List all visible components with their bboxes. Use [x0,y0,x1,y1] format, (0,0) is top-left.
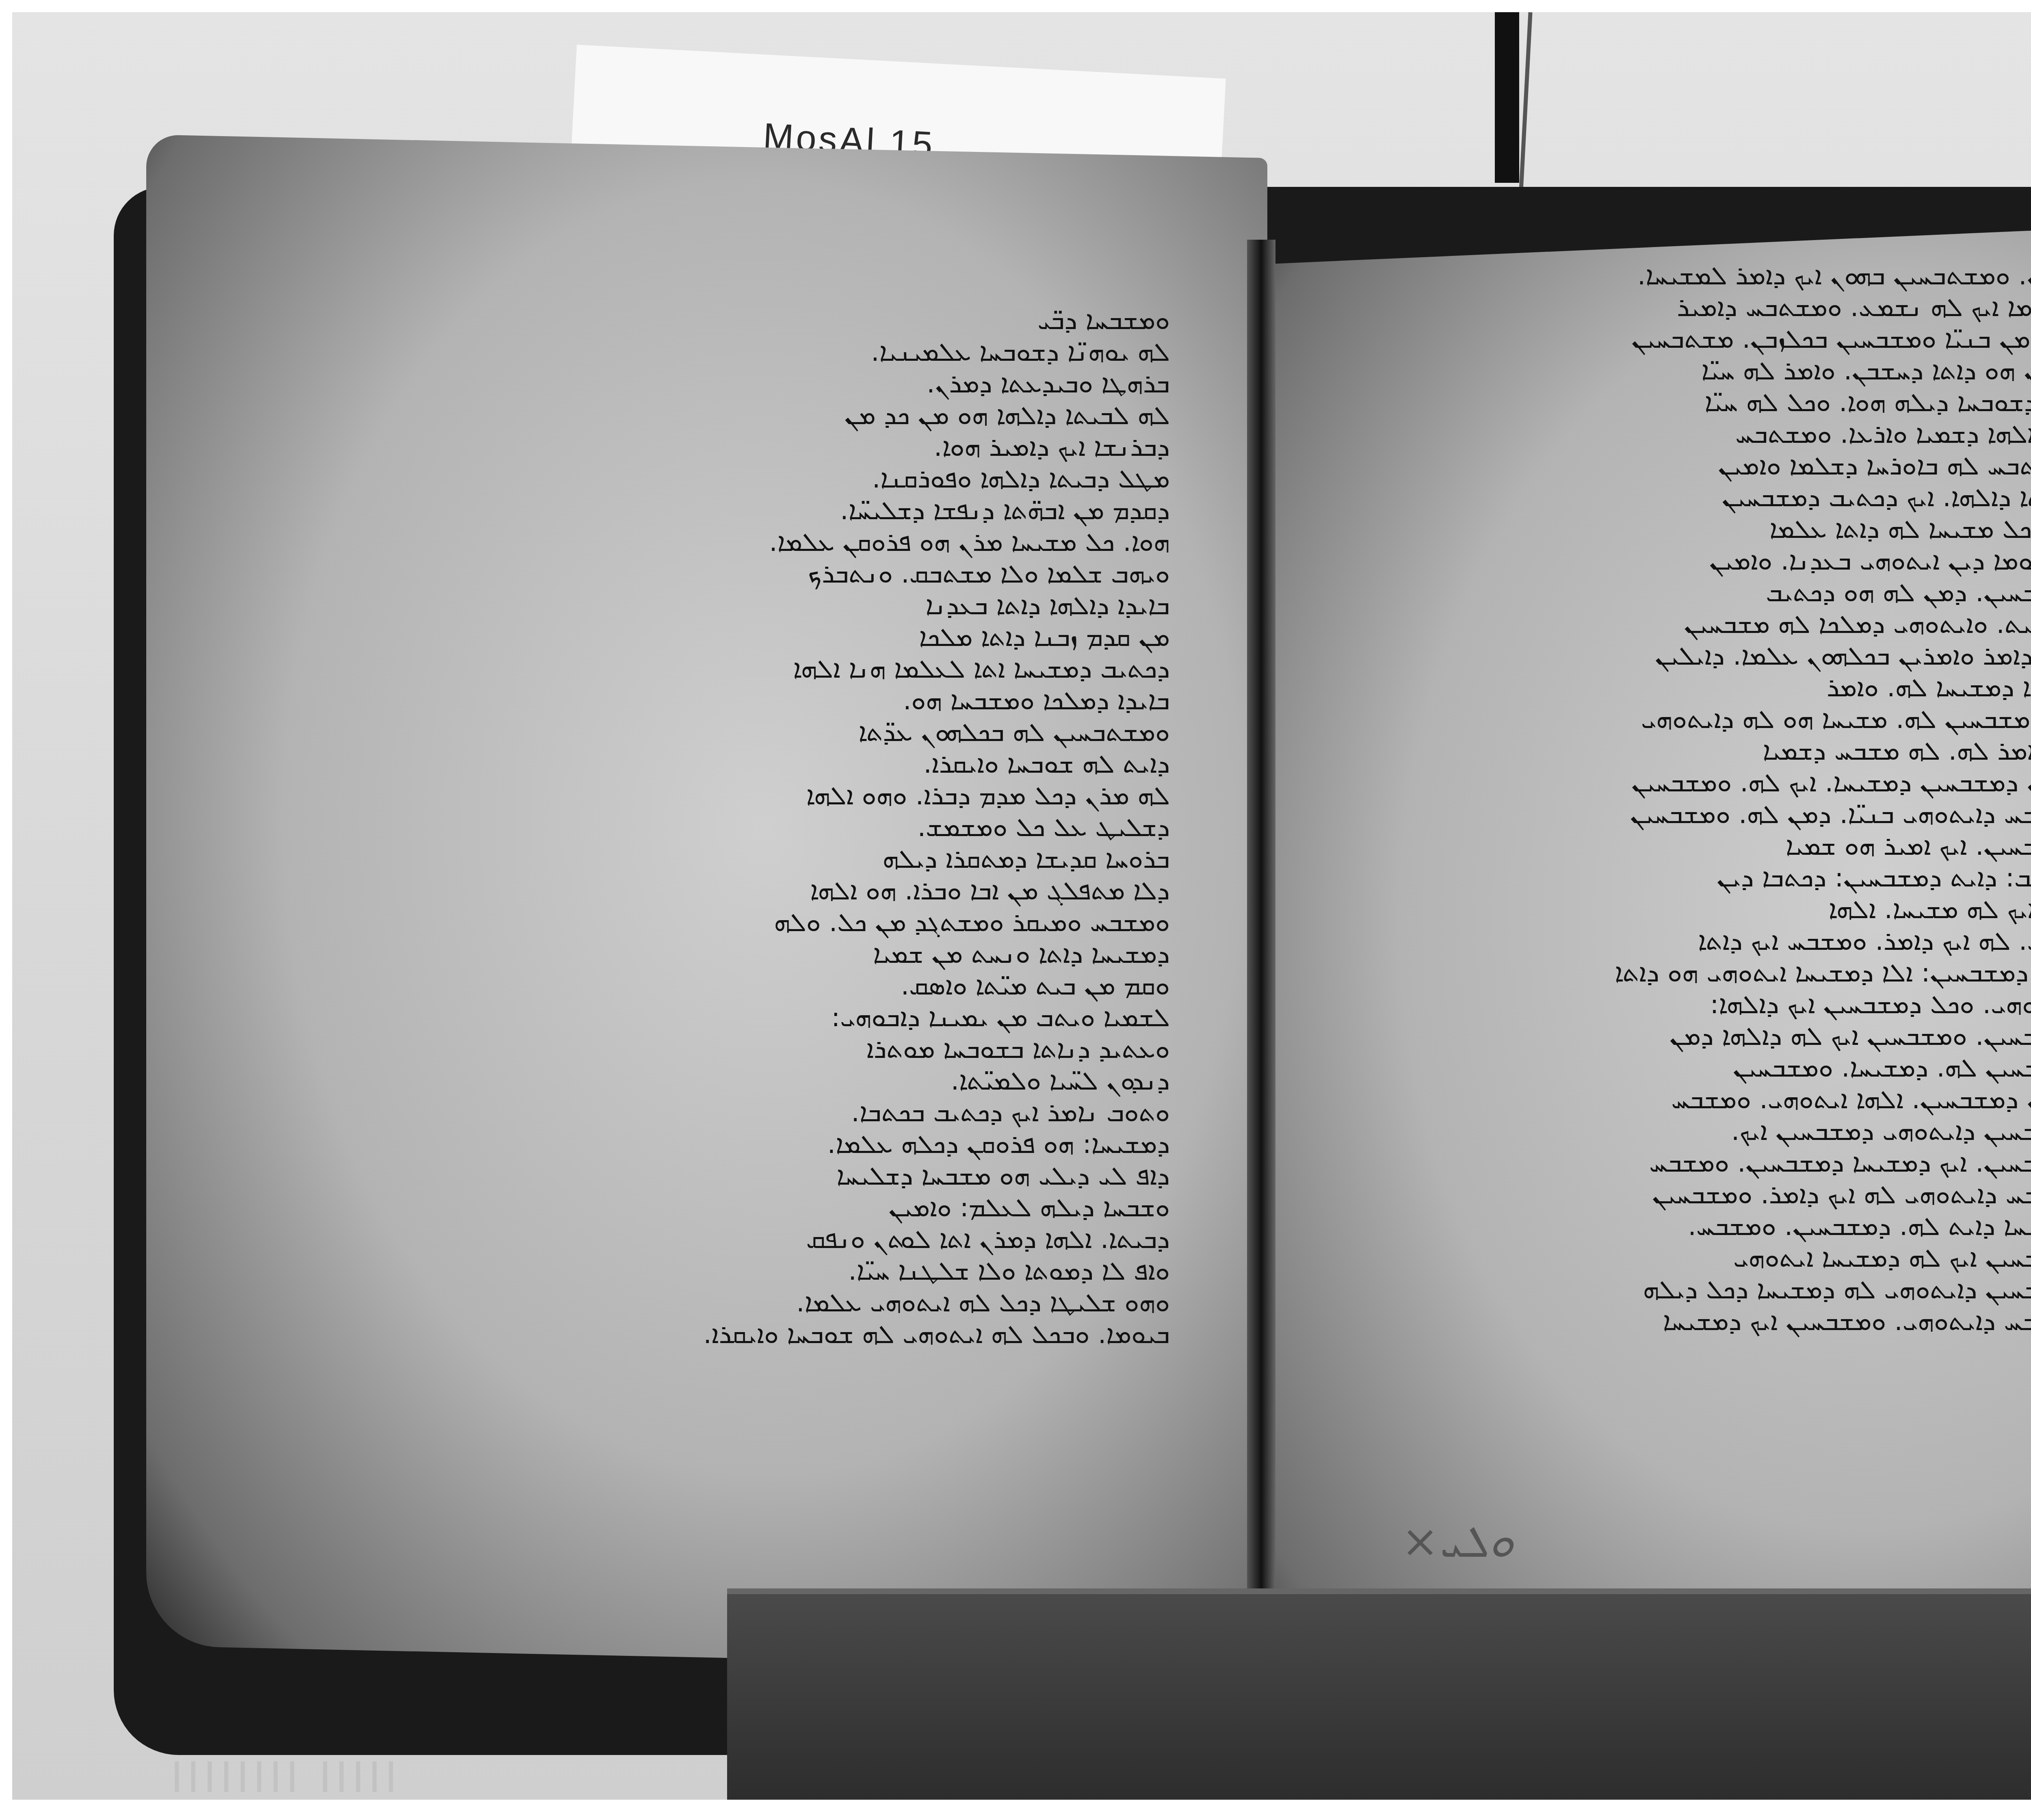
text-line: ܒܝܘܡܐ. ܘܒܟܠ ܠܗ ܐܝܬܘܗܝ ܠܗ ܫܘܒܚܐ ܘܐܝܩܪܐ. [439,1319,1170,1350]
text-line: ܘܬܘܒ ܢܐܡܪ ܐܝܟ ܕܟܬܝܒ ܒܟܬܒܐ. [439,1097,1170,1129]
text-line: ܕܐܝܬ ܕܡܫܒܚܝܢ: ܐܠܐ ܕܡܫܝܚܐ ܐܝܬܘܗܝ ܗܘ ܕܐܬܐ [1353,957,2031,989]
text-line: ܠܡܪܢ ܗܘ ܕܐܬܐ ܕܚܫܒܢ. ܘܐܡܪ ܠܗ ܚܝ̈ܐ [1353,355,2031,387]
text-line: ܒܐܝܕܐ ܕܡܠܟܐ ܘܡܫܒܚܐ ܗܘ. [439,685,1170,717]
text-line: ܕܡܫܝܚܐ: ܗܘ ܦܪܘܩܢ ܕܟܠܗ ܥܠܡܐ. [439,1129,1170,1160]
text-line: ܗܘ ܘܡܫܒܚܝܢ ܠܗ. ܡܫܝܚܐ ܗܘ ܠܗ ܕܐܝܬܘܗܝ [1353,704,2031,735]
text-line: ܕܐܝܬܘܗܝ. ܘܟܠ ܕܡܫܒܚܝܢ ܐܝܟ ܕܐܠܗܐ: [1353,989,2031,1020]
text-line: ܘܩܡ ܡܢ ܒܝܬ ܡܝ̈ܬܐ ܘܐܣܩ. [439,970,1170,1002]
text-line: ܘܗܘ ܫܠܝܛܐ ܕܟܠ ܠܗ ܐܝܬܘܗܝ ܥܠܡܐ. [439,1287,1170,1319]
text-line: ܕܫܠܝܛ ܥܠ ܟܠ ܘܡܫܡܫ. [439,812,1170,843]
text-line: ܠܗܘܢ ܕܡܫܒܚܝܢ. ܐܠܗܐ ܐܝܬܘܗܝ. ܘܡܫܒܚ [1353,1084,2031,1116]
text-line: ܘܡܫܒܚܝܢ. ܐܝܟ ܐܡܝܪ ܗܘ ܫܡܝܐ [1353,830,2031,862]
text-line: ܕܐܦ ܠܝ ܕܝܠܝ ܗܘ ܡܫܒܚܐ ܕܫܠܝܚܐ [439,1160,1170,1192]
text-line: ܕܡܫܒܚܝܢ ܠܗ. ܕܡܫܝܚܐ. ܘܡܫܒܚܝܢ [1353,1052,2031,1084]
text-line: ܘܡܫܒܚ ܕܐܝܬܘܗܝ ܒܢܝ̈ܐ. ܕܡܢ ܠܗ. ܘܡܫܒܚܝܢ [1353,799,2031,830]
text-line: ܕܡܫܒܚܝܢ ܐܝܟ ܠܗ ܕܡܫܝܚܐ ܐܝܬܘܗܝ [1353,1242,2031,1274]
text-line: ܒܪܝܫܝܬ. ܘܐܝܬܘܗܝ ܕܡܠܟܐ ܠܗ ܡܫܒܚܝܢ [1353,609,2031,640]
text-line: ܘܡܫܒܚܝܢ. ܘܡܫܒܚܝܢ ܐܝܟ ܠܗ ܕܐܠܗܐ ܕܡܢ [1353,1020,2031,1052]
text-line: ܗܘ ܕܟܠ ܡܫܝܚܐ ܠܗ ܕܐܬܐ ܥܠܡܐ [1353,513,2031,545]
text-line: ܒܐܝܕܐ ܕܐܠܗܐ ܕܐܬܐ ܒܥܕܢܐ [439,590,1170,622]
text-line: ܟܬܝܒ. ܠܗ ܐܝܟ ܕܐܡܪ. ܘܡܫܒܚ ܐܝܟ ܕܐܬܐ [1353,925,2031,957]
text-line: ܗܘܐ ܕܫܘܒܚܐ ܕܝܠܗ ܗܘܐ. ܘܟܠ ܠܗ ܚܝ̈ܐ [1353,387,2031,418]
text-line: ܠܗܘܢ ܕܡܫܒܚܝܢ ܕܡܫܝܚܐ. ܐܝܟ ܠܗ. ܘܡܫܒܚܝܢ [1353,767,2031,799]
text-line: ܕܟܬܝܒ ܕܡܫܝܚܐ ܐܬܐ ܠܥܠܡܐ ܗܢܐ ܐܠܗܐ [439,653,1170,685]
text-line: ܕܒܪܢܫܐ ܐܝܟ ܕܐܡܝܪ ܗܘܐ. [439,431,1170,463]
text-line: ܠܫܡܝܐ ܘܝܬܒ ܡܢ ܝܡܝܢܐ ܕܐܒܘܗܝ: [439,1002,1170,1033]
text-line: ܐܝܟ ܕܐܡܪ ܠܗ. ܠܗ ܡܫܒܚ ܕܫܡܝܐ [1353,735,2031,767]
stand-pole-left [1495,12,1519,183]
text-line: ܡܢ ܩܕܡ ܙܒܢܐ ܕܐܬܐ ܡܠܟܐ [439,622,1170,653]
text-line: ܘܡܫܬܒܚܝܢ ܠܗ ܒܟܠܗܘܢ ܥܕ̈ܬܐ [439,717,1170,748]
text-line: ܐܝܟ ܕܐܠܗܐ ܕܫܡܝܐ ܘܐܪܥܐ. ܘܡܫܬܒܚ [1353,418,2031,450]
text-line: ܘܥܬܝܕ ܕܢܐܬܐ ܒܫܘܒܚܐ ܡܘܬܪܐ [439,1033,1170,1065]
text-line: ܕܡܫܒܚܝܢ ܕܐܝܬܘܗܝ ܠܗ ܕܡܫܝܚܐ ܕܟܠ ܕܝܠܗ [1353,1274,2031,1306]
text-line: ܘܫܒܚܐ ܕܝܠܗ ܠܥܠܡ: ܘܐܡܝܢ [439,1192,1170,1224]
text-line: ܠܗ ܝܘܗܢ̈ܐ ܕܫܘܒܚܐ ܥܠܡܝܢܝܐ. [439,336,1170,368]
text-line: ܗܘܐ. ܟܠ ܡܫܝܚܐ ܡܪܢ ܗܘ ܦܪܘܩܢ ܥܠܡܐ. [439,526,1170,558]
pencil-folio-mark: ×ܘܠܝ [1401,1515,1514,1568]
text-line: ܕܡܫܒܚ ܕܐܝܬܘܗܝ ܠܗ ܐܝܟ ܕܐܡܪ. ܘܡܫܒܚܝܢ [1353,1179,2031,1211]
text-line: ܠܗ ܝܘܡܐ ܕܝܢ ܐܝܬܘܗܝ ܒܥܕܢܐ. ܘܐܡܝܢ [1353,545,2031,577]
right-page-text: ܠܗܘܢ. ܘܡܫܬܒܚܝܢ ܒܗܘܢ ܐܝܟ ܕܐܡܪ ܠܡܫܝܚܐ. ܕܒܝ… [1353,260,2031,1369]
text-line: ܠܗܘܢ. ܘܡܫܬܒܚܝܢ ܒܗܘܢ ܐܝܟ ܕܐܡܪ ܠܡܫܝܚܐ. [1353,260,2031,292]
text-line: ܠܗ. ܐܝܟ ܠܗ ܡܫܝܚܐ. ܐܠܗܐ [1353,894,2031,925]
text-line: ܘܐܝܟ ܕܐܡܪ ܘܐܡܪܝܢ ܒܟܠܗܘܢ ܥܠܡܐ. ܕܐܝܠܝܢ [1353,640,2031,672]
manuscript-photograph: MosAl 15 ܘܡܫܒܚܐ ܕܒ̈ܝ ܠܗ ܝܘܗܢ̈ܐ ܕܫܘܒܚܐ ܥܠ… [12,12,2031,1800]
text-line: ܕܢܕܘܢ ܠܚ̈ܝܐ ܘܠܡܝ̈ܬܐ. [439,1065,1170,1097]
text-line: ܠܗ ܡܪܢ ܕܟܠ ܡܕܡ ܕܒܪܐ. ܘܗܘ ܐܠܗܐ [439,780,1170,812]
text-line: ܘܡܫܒܚ ܕܐܝܬܘܗܝ. ܘܡܫܒܚܝܢ ܐܝܟ ܕܡܫܝܚܐ [1353,1306,2031,1337]
text-line: ܕܐܝܬ ܠܗ ܫܘܒܚܐ ܘܐܝܩܪܐ. [439,748,1170,780]
text-line: ܘܐܦ ܠܐ ܕܡܘܬܐ ܘܠܐ ܫܠܛܢܐ ܚܝ̈ܐ. [439,1255,1170,1287]
text-line [1353,1337,2031,1369]
text-line: ܘܝܗܒ ܫܠܡܐ ܘܠܐ ܡܫܬܒܩ. ܘܢܬܒܪܟ [439,558,1170,590]
text-line: ܘܡܫܬܒܚ ܠܗ ܒܐܘܪܚܐ ܕܫܠܡܐ ܘܐܡܝܢ [1353,450,2031,482]
text-line: ܘܡܫܒܚܐ ܕܒ̈ܝ [439,305,1170,336]
book-gutter [1247,240,1275,1678]
text-line: ܕܟܬܝܒ: ܕܐܝܬ ܕܡܫܒܚܝܢ: ܕܟܬܒܐ ܕܝܢ [1353,862,2031,894]
text-line: ܘܡܫܒܚܝܢ. ܐܝܟ ܕܡܫܝܚܐ ܕܡܫܒܚܝܢ. ܘܡܫܒܚ [1353,1147,2031,1179]
text-line: ܕܒܝܬܐ ܕܡܫܝܚܐ ܠܗ. ܘܐܡܪ [1353,672,2031,704]
text-line: ܒܪܘܚܐ ܩܕܝܫܐ ܕܡܬܩܪܐ ܕܝܠܗ [439,843,1170,875]
text-line: ܕܠܗ ܡܢ ܒܢܝ̈ܐ ܘܡܫܒܚܝܢ ܒܟܠܙܒܢ. ܡܫܬܒܚܝܢ [1353,323,2031,355]
text-line: ܒܪܗܛܐ ܘܒܝܕܥܬܐ ܕܡܪܢ. [439,368,1170,400]
text-line: ܕܒܝܘܡܐ ܐܝܟ ܠܗ ܢܫܡܥ. ܘܡܫܬܒܚ ܕܐܡܝܪ [1353,292,2031,323]
bottom-ghost-label: IIIIIIII IIIII [171,1751,401,1800]
text-line: ܡܛܠ ܕܒܝܬܐ ܕܐܠܗܐ ܘܦܘܪܩܢܐ. [439,463,1170,495]
text-line: ܕܒܝܬܐ. ܐܠܗܐ ܕܡܪܢ ܐܬܐ ܠܘܬܢ ܘܢܦܩ [439,1224,1170,1255]
text-line: ܠܒܝܬܐ ܕܐܠܗܐ. ܐܝܟ ܕܟܬܝܒ ܕܡܫܒܚܝܢ [1353,482,2031,513]
text-line: ܘܡܫܝܚܐ ܕܐܝܬ ܠܗ. ܕܡܫܒܚܝܢ. ܘܡܫܒܚ. [1353,1211,2031,1242]
text-line: ܘܡܫܒܚܝܢ ܕܐܝܬܘܗܝ ܕܡܫܒܚܝܢ ܐܝܟ. [1353,1116,2031,1147]
supporting-book [727,1588,2031,1800]
text-line: ܠܗ ܠܒܝܬܐ ܕܐܠܗܐ ܗܘ ܡܢ ܟܕ ܡܢ [439,400,1170,431]
text-line: ܕܩܕܡ ܡܢ ܐܒܗ̈ܬܐ ܕܢܦܫܐ ܕܫܠܝܚ̈ܐ. [439,495,1170,526]
left-page-text: ܘܡܫܒܚܐ ܕܒ̈ܝ ܠܗ ܝܘܗܢ̈ܐ ܕܫܘܒܚܐ ܥܠܡܝܢܝܐ. ܒܪ… [439,305,1170,1350]
text-line: ܘܡܫܒܚ ܘܡܝܩܪ ܘܡܫܬܓܕ ܡܢ ܟܠ. ܘܠܗ [439,907,1170,938]
text-line: ܕܠܐ ܡܬܦܠܓ ܡܢ ܐܒܐ ܘܒܪܐ. ܗܘ ܐܠܗܐ [439,875,1170,907]
text-line: ܘܡܫܒܚܝܢ. ܕܡܢ ܠܗ ܗܘ ܕܟܬܝܒ [1353,577,2031,609]
text-line: ܕܡܫܝܚܐ ܕܐܬܐ ܘܢܚܬ ܡܢ ܫܡܝܐ [439,938,1170,970]
